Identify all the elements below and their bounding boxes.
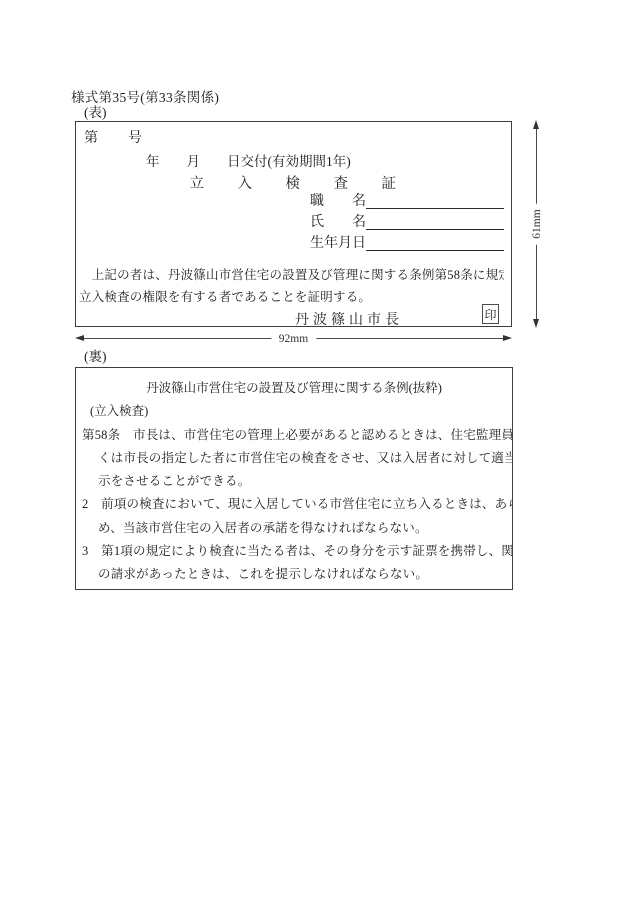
arrow-right-icon	[503, 335, 512, 341]
field-row-name: 氏 名	[310, 213, 504, 230]
arrow-down-icon	[533, 319, 539, 328]
arrow-left-icon	[75, 335, 84, 341]
birthdate-underline	[366, 249, 504, 251]
width-dimension-label: 92mm	[271, 333, 316, 345]
ordinance-title: 丹波篠山市営住宅の設置及び管理に関する条例(抜粋)	[76, 377, 512, 400]
seal-box: 印	[482, 304, 499, 324]
certificate-number-prefix: 第	[84, 127, 98, 147]
back-side-label: (裏)	[84, 345, 107, 365]
ordinance-section-heading: (立入検査)	[76, 400, 512, 423]
job-title-label: 職 名	[310, 194, 366, 209]
issue-date-line: 年 月 日交付(有効期間1年)	[146, 150, 351, 170]
clause-line: め、当該市営住宅の入居者の承諾を得なければならない。	[76, 517, 512, 540]
name-underline	[366, 228, 504, 230]
width-dimension-arrow: 92mm	[75, 331, 512, 346]
field-row-birthdate: 生年月日	[310, 234, 504, 251]
clause-line: 示をさせることができる。	[76, 470, 512, 493]
birthdate-label: 生年月日	[310, 236, 366, 251]
front-side-label: (表)	[84, 101, 107, 121]
certification-statement: 上記の者は、丹波篠山市営住宅の設置及び管理に関する条例第58条に規定する 立入検…	[79, 264, 504, 308]
clause-line: の請求があったときは、これを提示しなければならない。	[76, 563, 512, 586]
mayor-signature: 丹波篠山市長	[295, 309, 403, 329]
clause-line: くは市長の指定した者に市営住宅の検査をさせ、又は入居者に対して適当な指	[76, 447, 512, 470]
field-row-job-title: 職 名	[310, 192, 504, 209]
statement-line-1: 上記の者は、丹波篠山市営住宅の設置及び管理に関する条例第58条に規定する	[79, 264, 504, 286]
certificate-title: 立 入 検 査 証	[76, 172, 511, 193]
clause-line: 3 第1項の規定により検査に当たる者は、その身分を示す証票を携帯し、関係人	[76, 540, 512, 563]
height-dimension-label: 61mm	[531, 203, 543, 244]
certificate-number-suffix: 号	[128, 127, 142, 147]
statement-line-2: 立入検査の権限を有する者であることを証明する。	[79, 286, 504, 308]
arrow-up-icon	[533, 120, 539, 129]
seal-character: 印	[484, 306, 496, 323]
job-title-underline	[366, 207, 504, 209]
clause-line: 第58条 市長は、市営住宅の管理上必要があると認めるときは、住宅監理員若し	[76, 424, 512, 447]
certificate-front-card: 第 号 年 月 日交付(有効期間1年) 立 入 検 査 証 職 名 氏 名 生年…	[75, 121, 512, 327]
certificate-number-line: 第 号	[76, 127, 511, 146]
name-label: 氏 名	[310, 215, 366, 230]
document-page: 様式第35号(第33条関係) (表) 第 号 年 月 日交付(有効期間1年) 立…	[0, 0, 630, 915]
clause-line: 2 前項の検査において、現に入居している市営住宅に立ち入るときは、あらかじ	[76, 493, 512, 516]
height-dimension-arrow: 61mm	[529, 120, 544, 328]
certificate-back-card: 丹波篠山市営住宅の設置及び管理に関する条例(抜粋) (立入検査) 第58条 市長…	[75, 367, 513, 590]
